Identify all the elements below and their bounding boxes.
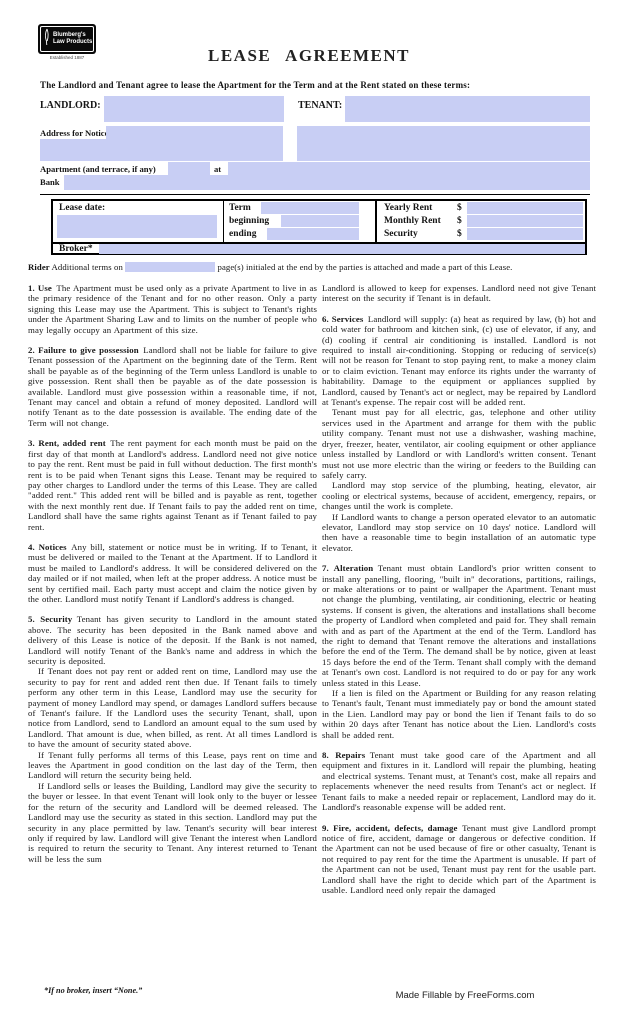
lease-section: 7. AlterationTenant must obtain Landlord… — [322, 563, 596, 740]
body-column-left: 1. UseThe Apartment must be used only as… — [28, 283, 317, 874]
paragraph: 4. NoticesAny bill, statement or notice … — [28, 542, 317, 604]
body-column-right: Landlord is allowed to keep for expenses… — [322, 283, 596, 905]
logo-line1: Blumberg's — [53, 32, 86, 38]
paragraph: 5. SecurityTenant has given security to … — [28, 614, 317, 666]
broker-footnote: *If no broker, insert “None.” — [44, 986, 142, 995]
lease-agreement-page: Blumberg's Law Products Established 1887… — [0, 0, 618, 1024]
lease-section: 1. UseThe Apartment must be used only as… — [28, 283, 317, 335]
yearly-rent-dollar: $ — [457, 203, 462, 213]
page-title: LEASE AGREEMENT — [0, 46, 618, 66]
lease-section: 8. RepairsTenant must take good care of … — [322, 750, 596, 812]
paragraph: Landlord may stop service of the plumbin… — [322, 480, 596, 511]
paragraph: 8. RepairsTenant must take good care of … — [322, 750, 596, 812]
broker-label: Broker* — [59, 244, 93, 254]
paragraph: If Tenant fully performs all terms of th… — [28, 750, 317, 781]
rider-lead: Rider — [28, 262, 50, 272]
logo-line2: Law Products — [53, 39, 92, 45]
bank-field[interactable] — [64, 175, 590, 190]
lease-section: Landlord is allowed to keep for expenses… — [322, 283, 596, 304]
tenant-address-field[interactable] — [297, 126, 590, 161]
monthly-rent-label: Monthly Rent — [384, 216, 441, 226]
lease-terms-table: Lease date: Term beginning ending Yearly… — [51, 199, 587, 255]
section-heading: 9. Fire, accident, defects, damage — [322, 823, 462, 833]
divider-rule — [40, 194, 590, 195]
paragraph: 1. UseThe Apartment must be used only as… — [28, 283, 317, 335]
security-label: Security — [384, 229, 418, 239]
beginning-label: beginning — [229, 216, 269, 226]
paragraph: If Landlord wants to change a person ope… — [322, 512, 596, 554]
paragraph: If Landlord sells or leases the Building… — [28, 781, 317, 864]
rider-text-after: page(s) initialed at the end by the part… — [218, 262, 513, 272]
rider-line: Rider Additional terms on page(s) initia… — [28, 262, 590, 272]
landlord-address-field-line2[interactable] — [40, 139, 283, 161]
paragraph: 6. ServicesLandlord will supply: (a) hea… — [322, 314, 596, 408]
apartment-location-field[interactable] — [228, 162, 590, 175]
lease-section: 4. NoticesAny bill, statement or notice … — [28, 542, 317, 604]
term-label: Term — [229, 203, 251, 213]
landlord-address-field-line1[interactable] — [106, 126, 283, 139]
tenant-field[interactable] — [345, 96, 590, 122]
paragraph: 3. Rent, added rentThe rent payment for … — [28, 438, 317, 532]
paragraph: 7. AlterationTenant must obtain Landlord… — [322, 563, 596, 688]
landlord-field[interactable] — [104, 96, 284, 122]
lease-section: 5. SecurityTenant has given security to … — [28, 614, 317, 864]
lease-section: 6. ServicesLandlord will supply: (a) hea… — [322, 314, 596, 553]
section-heading: 1. Use — [28, 283, 56, 293]
section-heading: 3. Rent, added rent — [28, 438, 110, 448]
term-beginning-field[interactable] — [281, 215, 359, 227]
section-heading: 2. Failure to give possession — [28, 345, 143, 355]
paragraph: Tenant must pay for all electric, gas, t… — [322, 407, 596, 480]
paragraph: 2. Failure to give possessionLandlord sh… — [28, 345, 317, 428]
monthly-rent-dollar: $ — [457, 216, 462, 226]
table-divider-2 — [375, 201, 377, 242]
security-dollar: $ — [457, 229, 462, 239]
rider-text-before: Additional terms on — [52, 262, 123, 272]
yearly-rent-label: Yearly Rent — [384, 203, 432, 213]
landlord-label: LANDLORD: — [40, 100, 101, 111]
lease-section: 3. Rent, added rentThe rent payment for … — [28, 438, 317, 532]
table-divider-1 — [223, 201, 224, 242]
rider-pages-field[interactable] — [125, 262, 215, 272]
address-for-notices-label: Address for Notices — [40, 128, 112, 138]
ending-label: ending — [229, 229, 256, 239]
bank-label: Bank — [40, 177, 60, 187]
lease-date-field[interactable] — [57, 215, 217, 238]
apartment-number-field[interactable] — [168, 162, 210, 175]
section-heading: 5. Security — [28, 614, 77, 624]
monthly-rent-field[interactable] — [467, 215, 583, 227]
paragraph: Landlord is allowed to keep for expenses… — [322, 283, 596, 304]
lease-date-label: Lease date: — [59, 203, 105, 213]
lease-section: 2. Failure to give possessionLandlord sh… — [28, 345, 317, 428]
broker-field[interactable] — [99, 244, 585, 254]
section-heading: 4. Notices — [28, 542, 71, 552]
paragraph: 9. Fire, accident, defects, damageTenant… — [322, 823, 596, 896]
paragraph: If a lien is filed on the Apartment or B… — [322, 688, 596, 740]
section-heading: 6. Services — [322, 314, 368, 324]
made-fillable-credit: Made Fillable by FreeForms.com — [355, 990, 575, 1001]
at-label: at — [214, 164, 221, 174]
paragraph: If Tenant does not pay rent or added ren… — [28, 666, 317, 749]
security-field[interactable] — [467, 228, 583, 240]
section-heading: 7. Alteration — [322, 563, 378, 573]
yearly-rent-field[interactable] — [467, 202, 583, 214]
apartment-label: Apartment (and terrace, if any) — [40, 164, 156, 174]
lease-section: 9. Fire, accident, defects, damageTenant… — [322, 823, 596, 896]
intro-line: The Landlord and Tenant agree to lease t… — [40, 80, 470, 90]
term-field[interactable] — [261, 202, 359, 214]
section-heading: 8. Repairs — [322, 750, 370, 760]
term-ending-field[interactable] — [267, 228, 359, 240]
tenant-label: TENANT: — [298, 100, 342, 111]
